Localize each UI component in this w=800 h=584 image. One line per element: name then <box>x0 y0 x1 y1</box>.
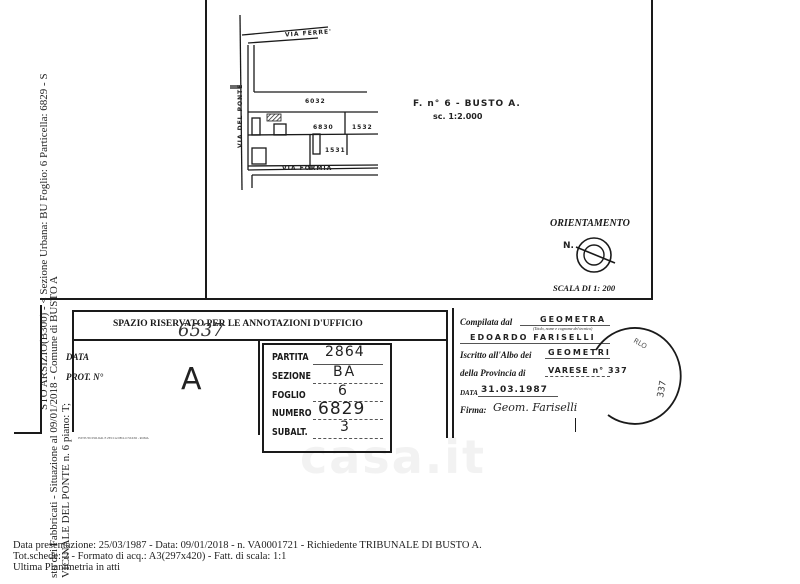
street-label: VIA DEL PONTE <box>237 84 244 148</box>
parcel-label: 1532 <box>352 124 373 131</box>
handwritten-letter: A <box>181 362 202 397</box>
office-box-title: SPAZIO RISERVATO PER LE ANNOTAZIONI D'UF… <box>113 319 363 329</box>
subalt-line <box>313 438 383 439</box>
date-label: DATA <box>460 389 478 397</box>
compass-icon <box>572 235 622 275</box>
foglio-label: FOGLIO <box>272 390 306 401</box>
footer-line-1: Data presentazione: 25/03/1987 - Data: 0… <box>13 540 482 551</box>
parcel-label: 1531 <box>325 147 346 154</box>
sheet-label: F. n° 6 - BUSTO A. <box>413 99 521 109</box>
professional-stamp: 337 RLO <box>588 320 688 430</box>
orientation-title: ORIENTAMENTO <box>550 218 630 229</box>
office-box-left <box>72 310 74 432</box>
sezione-label: SEZIONE <box>272 371 311 382</box>
svg-text:RLO: RLO <box>632 337 649 351</box>
parcel-label: 6032 <box>305 98 326 105</box>
data-label: DATA <box>66 352 89 362</box>
orientation-scale: SCALA DI 1: 200 <box>553 283 615 293</box>
handwritten-number: 6537 <box>178 320 224 341</box>
sezione-value: BA <box>333 364 356 380</box>
side-text-lower-1: sto dei Fabbricati - Situazione al 09/01… <box>48 276 60 578</box>
signature-tick <box>575 418 576 432</box>
date-line <box>478 396 558 397</box>
compiler-hint: (Titolo, nome e cognome del tecnico) <box>533 326 592 331</box>
parcel-label: 6830 <box>313 124 334 131</box>
compiled-by-label: Compilata dal <box>460 317 512 327</box>
register-label: Iscritto all'Albo dei <box>460 350 532 360</box>
numero-label: NUMERO <box>272 408 312 419</box>
subalt-value: 3 <box>340 419 349 435</box>
frame-left-bottom <box>14 432 42 434</box>
office-box-top <box>72 310 448 312</box>
subalt-label: SUBALT. <box>272 427 308 438</box>
map-scale-label: sc. 1:2.000 <box>433 112 482 121</box>
small-print: ISTITUTO POLIGR. E ZECCA DELLO STATO - R… <box>78 436 149 440</box>
street-label: VIA FORMIA <box>282 165 332 172</box>
compiler-name: EDOARDO FARISELLI <box>470 333 596 342</box>
footer-line-2: Tot.schede: 2 - Formato di acq.: A3(297x… <box>13 551 286 562</box>
compiler-box-left <box>452 308 454 438</box>
cadastral-box-side <box>258 340 260 435</box>
foglio-value: 6 <box>338 383 347 399</box>
partita-value: 2864 <box>325 344 365 360</box>
office-box-divider <box>72 339 448 341</box>
signature-label: Firma: <box>460 405 487 415</box>
sezione-line <box>313 383 383 384</box>
frame-bottom <box>40 298 653 300</box>
footer-line-3: Ultima Planimetria in atti <box>13 562 120 573</box>
prot-label: PROT. N° <box>66 372 103 382</box>
frame-right <box>651 0 653 300</box>
numero-value: 6829 <box>318 399 365 419</box>
partita-label: PARTITA <box>272 352 309 363</box>
stamp-number: 337 <box>656 380 669 399</box>
office-box-right <box>446 310 448 438</box>
frame-top <box>205 0 207 298</box>
province-label: della Provincia di <box>460 368 526 378</box>
date-value: 31.03.1987 <box>481 385 548 395</box>
signature: Geom. Fariselli <box>493 401 577 414</box>
